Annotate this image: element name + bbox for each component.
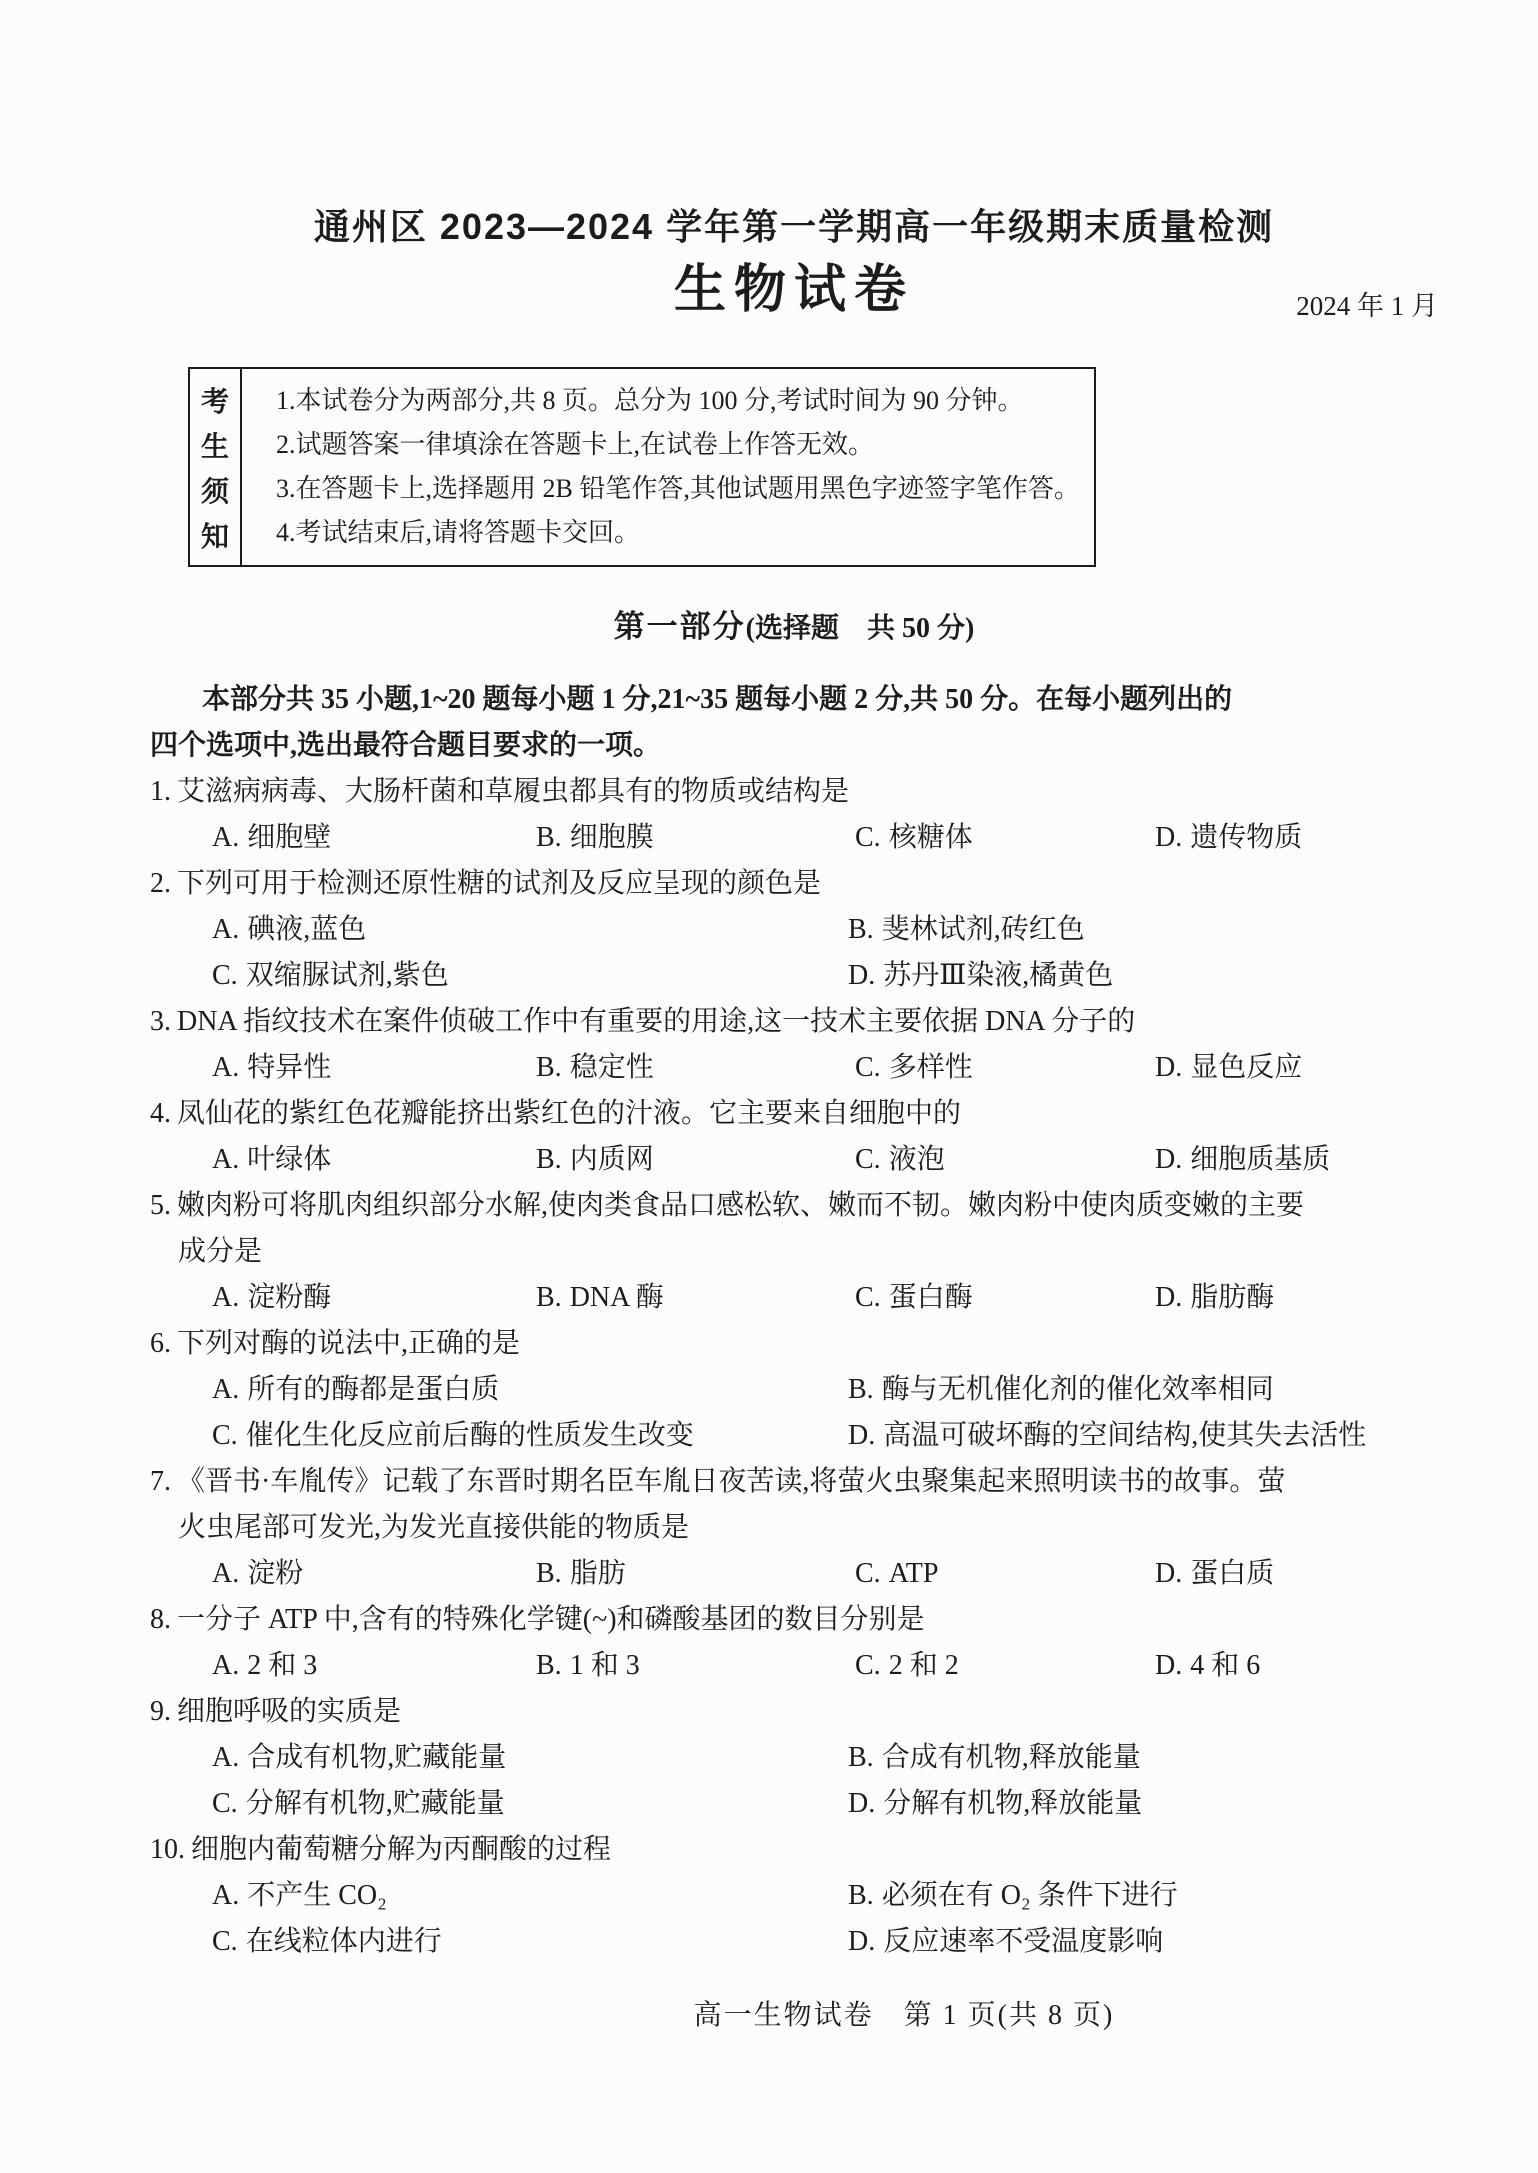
option-row: C.在线粒体内进行D.反应速率不受温度影响 bbox=[212, 1919, 1438, 1965]
option: A.不产生 CO₂ bbox=[212, 1873, 848, 1919]
page-content: 通州区 2023—2024 学年第一学期高一年级期末质量检测 生物试卷 2024… bbox=[150, 0, 1438, 2037]
option-text: 脂肪酶 bbox=[1190, 1282, 1274, 1313]
option: D.苏丹Ⅲ染液,橘黄色 bbox=[848, 953, 1438, 999]
option: A.2 和 3 bbox=[212, 1643, 536, 1689]
option-row: A.细胞壁B.细胞膜C.核糖体D.遗传物质 bbox=[212, 815, 1438, 861]
question-stem-text: DNA 指纹技术在案件侦破工作中有重要的用途,这一技术主要依据 DNA 分子的 bbox=[177, 1006, 1135, 1037]
option-row: A.淀粉酶B.DNA 酶C.蛋白酶D.脂肪酶 bbox=[212, 1275, 1438, 1321]
option-label: A. bbox=[212, 1742, 239, 1773]
option: B.脂肪 bbox=[536, 1551, 855, 1597]
option: D.细胞质基质 bbox=[1155, 1137, 1438, 1183]
option-text: 斐林试剂,砖红色 bbox=[882, 914, 1085, 945]
option-label: B. bbox=[536, 1558, 562, 1589]
option-label: B. bbox=[848, 914, 874, 945]
option-text: DNA 酶 bbox=[570, 1282, 664, 1313]
option-text: 特异性 bbox=[247, 1052, 331, 1083]
option: C.2 和 2 bbox=[855, 1643, 1155, 1689]
option-text: 显色反应 bbox=[1190, 1052, 1302, 1083]
option-label: C. bbox=[855, 1650, 881, 1681]
question-stem-text: 《晋书·车胤传》记载了东晋时期名臣车胤日夜苦读,将萤火虫聚集起来照明读书的故事。… bbox=[177, 1466, 1285, 1497]
question-stem-line: 4.凤仙花的紫红色花瓣能挤出紫红色的汁液。它主要来自细胞中的 bbox=[150, 1091, 1438, 1137]
paper-title: 生物试卷 bbox=[150, 253, 1438, 327]
notice-side-char: 生 bbox=[201, 425, 229, 465]
option-row: A.合成有机物,贮藏能量B.合成有机物,释放能量 bbox=[212, 1735, 1438, 1781]
option-text: 蛋白酶 bbox=[889, 1282, 973, 1313]
question-number: 9. bbox=[150, 1696, 171, 1727]
question-stem-text: 火虫尾部可发光,为发光直接供能的物质是 bbox=[178, 1512, 689, 1543]
intro-paragraph: 本部分共 35 小题,1~20 题每小题 1 分,21~35 题每小题 2 分,… bbox=[150, 677, 1438, 769]
option: C.核糖体 bbox=[855, 815, 1155, 861]
option: A.细胞壁 bbox=[212, 815, 536, 861]
option-text: 催化生化反应前后酶的性质发生改变 bbox=[246, 1420, 694, 1451]
option: B.细胞膜 bbox=[536, 815, 855, 861]
option-label: C. bbox=[212, 1788, 238, 1819]
option: B.酶与无机催化剂的催化效率相同 bbox=[848, 1367, 1438, 1413]
option-label: D. bbox=[1155, 1282, 1182, 1313]
option-text: 淀粉酶 bbox=[247, 1282, 331, 1313]
question-stem-text: 细胞呼吸的实质是 bbox=[177, 1696, 401, 1727]
option: A.所有的酶都是蛋白质 bbox=[212, 1367, 848, 1413]
option-text: 不产生 CO₂ bbox=[247, 1880, 387, 1911]
notice-side-char: 知 bbox=[201, 515, 229, 555]
option: C.蛋白酶 bbox=[855, 1275, 1155, 1321]
notice-item: 1.本试卷分为两部分,共 8 页。总分为 100 分,考试时间为 90 分钟。 bbox=[276, 379, 1088, 423]
option-text: 碘液,蓝色 bbox=[247, 914, 366, 945]
section-part-title: 第一部分 bbox=[614, 609, 746, 644]
option-label: D. bbox=[1155, 1144, 1182, 1175]
notice-items: 1.本试卷分为两部分,共 8 页。总分为 100 分,考试时间为 90 分钟。2… bbox=[242, 369, 1094, 565]
option: D.高温可破坏酶的空间结构,使其失去活性 bbox=[848, 1413, 1438, 1459]
option-label: D. bbox=[1155, 1558, 1182, 1589]
option-label: A. bbox=[212, 822, 239, 853]
question: 3.DNA 指纹技术在案件侦破工作中有重要的用途,这一技术主要依据 DNA 分子… bbox=[150, 999, 1438, 1091]
option: A.叶绿体 bbox=[212, 1137, 536, 1183]
option-row: C.双缩脲试剂,紫色D.苏丹Ⅲ染液,橘黄色 bbox=[212, 953, 1438, 999]
option: D.4 和 6 bbox=[1155, 1643, 1438, 1689]
option: B.稳定性 bbox=[536, 1045, 855, 1091]
option-row: A.所有的酶都是蛋白质B.酶与无机催化剂的催化效率相同 bbox=[212, 1367, 1438, 1413]
option-text: 蛋白质 bbox=[1190, 1558, 1274, 1589]
question-stem-line: 3.DNA 指纹技术在案件侦破工作中有重要的用途,这一技术主要依据 DNA 分子… bbox=[150, 999, 1438, 1045]
question: 4.凤仙花的紫红色花瓣能挤出紫红色的汁液。它主要来自细胞中的A.叶绿体B.内质网… bbox=[150, 1091, 1438, 1183]
option-label: D. bbox=[1155, 1650, 1182, 1681]
notice-side-char: 考 bbox=[201, 380, 229, 420]
option: C.双缩脲试剂,紫色 bbox=[212, 953, 848, 999]
notice-item: 2.试题答案一律填涂在答题卡上,在试卷上作答无效。 bbox=[276, 423, 1088, 467]
question: 10.细胞内葡萄糖分解为丙酮酸的过程A.不产生 CO₂B.必须在有 O₂ 条件下… bbox=[150, 1827, 1438, 1965]
question-number: 3. bbox=[150, 1006, 171, 1037]
option: D.反应速率不受温度影响 bbox=[848, 1919, 1438, 1965]
option-label: A. bbox=[212, 1880, 239, 1911]
option: C.在线粒体内进行 bbox=[212, 1919, 848, 1965]
exam-title: 通州区 2023—2024 学年第一学期高一年级期末质量检测 bbox=[150, 205, 1438, 249]
option: B.DNA 酶 bbox=[536, 1275, 855, 1321]
question-stem-text: 成分是 bbox=[178, 1236, 262, 1267]
question-stem-line: 火虫尾部可发光,为发光直接供能的物质是 bbox=[150, 1505, 1438, 1551]
option-label: D. bbox=[1155, 822, 1182, 853]
option-label: D. bbox=[1155, 1052, 1182, 1083]
question-number: 5. bbox=[150, 1190, 171, 1221]
option-label: A. bbox=[212, 1374, 239, 1405]
option: D.分解有机物,释放能量 bbox=[848, 1781, 1438, 1827]
option-label: A. bbox=[212, 1282, 239, 1313]
option-label: B. bbox=[536, 1052, 562, 1083]
option-text: 叶绿体 bbox=[247, 1144, 331, 1175]
option-label: B. bbox=[536, 1144, 562, 1175]
option-label: C. bbox=[855, 1144, 881, 1175]
option-text: 淀粉 bbox=[247, 1558, 303, 1589]
option-label: C. bbox=[212, 1926, 238, 1957]
option-label: C. bbox=[855, 822, 881, 853]
option: D.遗传物质 bbox=[1155, 815, 1438, 861]
exam-date: 2024 年 1 月 bbox=[1296, 284, 1438, 323]
question-number: 10. bbox=[150, 1834, 185, 1865]
question: 5.嫩肉粉可将肌肉组织部分水解,使肉类食品口感松软、嫩而不韧。嫩肉粉中使肉质变嫩… bbox=[150, 1183, 1438, 1321]
option-text: 酶与无机催化剂的催化效率相同 bbox=[882, 1374, 1274, 1405]
option: D.显色反应 bbox=[1155, 1045, 1438, 1091]
option-text: 合成有机物,贮藏能量 bbox=[247, 1742, 506, 1773]
option-row: C.分解有机物,贮藏能量D.分解有机物,释放能量 bbox=[212, 1781, 1438, 1827]
option: A.淀粉 bbox=[212, 1551, 536, 1597]
option-label: A. bbox=[212, 914, 239, 945]
question-number: 2. bbox=[150, 868, 171, 899]
option-label: A. bbox=[212, 1052, 239, 1083]
question-stem-line: 成分是 bbox=[150, 1229, 1438, 1275]
question-stem-line: 10.细胞内葡萄糖分解为丙酮酸的过程 bbox=[150, 1827, 1438, 1873]
option: A.碘液,蓝色 bbox=[212, 907, 848, 953]
option-text: 遗传物质 bbox=[1190, 822, 1302, 853]
option-text: 脂肪 bbox=[570, 1558, 626, 1589]
option-row: A.2 和 3B.1 和 3C.2 和 2D.4 和 6 bbox=[212, 1643, 1438, 1689]
option-label: C. bbox=[212, 960, 238, 991]
option-text: 细胞质基质 bbox=[1190, 1144, 1330, 1175]
option-label: B. bbox=[536, 1650, 562, 1681]
question-stem-line: 5.嫩肉粉可将肌肉组织部分水解,使肉类食品口感松软、嫩而不韧。嫩肉粉中使肉质变嫩… bbox=[150, 1183, 1438, 1229]
question-number: 4. bbox=[150, 1098, 171, 1129]
question: 2.下列可用于检测还原性糖的试剂及反应呈现的颜色是A.碘液,蓝色B.斐林试剂,砖… bbox=[150, 861, 1438, 999]
option-text: 稳定性 bbox=[570, 1052, 654, 1083]
option-text: 细胞壁 bbox=[247, 822, 331, 853]
option: C.催化生化反应前后酶的性质发生改变 bbox=[212, 1413, 848, 1459]
option-label: C. bbox=[855, 1052, 881, 1083]
option-row: A.叶绿体B.内质网C.液泡D.细胞质基质 bbox=[212, 1137, 1438, 1183]
option-row: A.碘液,蓝色B.斐林试剂,砖红色 bbox=[212, 907, 1438, 953]
option: D.脂肪酶 bbox=[1155, 1275, 1438, 1321]
intro-line: 四个选项中,选出最符合题目要求的一项。 bbox=[150, 723, 1438, 769]
option-row: C.催化生化反应前后酶的性质发生改变D.高温可破坏酶的空间结构,使其失去活性 bbox=[212, 1413, 1438, 1459]
question: 6.下列对酶的说法中,正确的是A.所有的酶都是蛋白质B.酶与无机催化剂的催化效率… bbox=[150, 1321, 1438, 1459]
notice-side-label: 考生须知 bbox=[190, 369, 242, 565]
option-text: 苏丹Ⅲ染液,橘黄色 bbox=[883, 960, 1113, 991]
option: B.合成有机物,释放能量 bbox=[848, 1735, 1438, 1781]
option-text: ATP bbox=[889, 1558, 939, 1589]
question: 8.一分子 ATP 中,含有的特殊化学键(~)和磷酸基团的数目分别是A.2 和 … bbox=[150, 1597, 1438, 1689]
question-stem-line: 2.下列可用于检测还原性糖的试剂及反应呈现的颜色是 bbox=[150, 861, 1438, 907]
notice-side-char: 须 bbox=[201, 470, 229, 510]
option: B.1 和 3 bbox=[536, 1643, 855, 1689]
question-stem-line: 7.《晋书·车胤传》记载了东晋时期名臣车胤日夜苦读,将萤火虫聚集起来照明读书的故… bbox=[150, 1459, 1438, 1505]
question-stem-line: 9.细胞呼吸的实质是 bbox=[150, 1689, 1438, 1735]
option: C.ATP bbox=[855, 1551, 1155, 1597]
option-text: 必须在有 O₂ 条件下进行 bbox=[882, 1880, 1178, 1911]
question-stem-text: 下列对酶的说法中,正确的是 bbox=[177, 1328, 520, 1359]
option-label: C. bbox=[855, 1282, 881, 1313]
notice-item: 3.在答题卡上,选择题用 2B 铅笔作答,其他试题用黑色字迹签字笔作答。 bbox=[276, 467, 1088, 511]
question-stem-line: 6.下列对酶的说法中,正确的是 bbox=[150, 1321, 1438, 1367]
option-label: C. bbox=[212, 1420, 238, 1451]
question-stem-text: 一分子 ATP 中,含有的特殊化学键(~)和磷酸基团的数目分别是 bbox=[177, 1604, 925, 1635]
option-label: A. bbox=[212, 1558, 239, 1589]
question-stem-text: 艾滋病病毒、大肠杆菌和草履虫都具有的物质或结构是 bbox=[177, 776, 849, 807]
section-part-subtitle: (选择题 共 50 分) bbox=[746, 613, 975, 644]
paper-title-row: 生物试卷 2024 年 1 月 bbox=[150, 253, 1438, 327]
option-text: 2 和 2 bbox=[889, 1650, 959, 1681]
question-stem-text: 凤仙花的紫红色花瓣能挤出紫红色的汁液。它主要来自细胞中的 bbox=[177, 1098, 961, 1129]
option-text: 分解有机物,贮藏能量 bbox=[246, 1788, 505, 1819]
option-label: C. bbox=[855, 1558, 881, 1589]
question-stem-line: 8.一分子 ATP 中,含有的特殊化学键(~)和磷酸基团的数目分别是 bbox=[150, 1597, 1438, 1643]
question: 9.细胞呼吸的实质是A.合成有机物,贮藏能量B.合成有机物,释放能量C.分解有机… bbox=[150, 1689, 1438, 1827]
option-text: 4 和 6 bbox=[1190, 1650, 1260, 1681]
option-label: B. bbox=[848, 1880, 874, 1911]
intro-line: 本部分共 35 小题,1~20 题每小题 1 分,21~35 题每小题 2 分,… bbox=[150, 677, 1438, 723]
option: C.分解有机物,贮藏能量 bbox=[212, 1781, 848, 1827]
option-text: 高温可破坏酶的空间结构,使其失去活性 bbox=[883, 1420, 1366, 1451]
option: B.必须在有 O₂ 条件下进行 bbox=[848, 1873, 1438, 1919]
option: C.多样性 bbox=[855, 1045, 1155, 1091]
option-text: 所有的酶都是蛋白质 bbox=[247, 1374, 499, 1405]
option-label: D. bbox=[848, 960, 875, 991]
notice-item: 4.考试结束后,请将答题卡交回。 bbox=[276, 511, 1088, 555]
option: D.蛋白质 bbox=[1155, 1551, 1438, 1597]
option-text: 反应速率不受温度影响 bbox=[883, 1926, 1163, 1957]
option-text: 2 和 3 bbox=[247, 1650, 317, 1681]
option: C.液泡 bbox=[855, 1137, 1155, 1183]
option-row: A.特异性B.稳定性C.多样性D.显色反应 bbox=[212, 1045, 1438, 1091]
option-text: 液泡 bbox=[889, 1144, 945, 1175]
question-stem-text: 下列可用于检测还原性糖的试剂及反应呈现的颜色是 bbox=[177, 868, 821, 899]
option: B.内质网 bbox=[536, 1137, 855, 1183]
option-text: 在线粒体内进行 bbox=[246, 1926, 442, 1957]
option-label: B. bbox=[536, 822, 562, 853]
option-text: 合成有机物,释放能量 bbox=[882, 1742, 1141, 1773]
option-label: B. bbox=[848, 1742, 874, 1773]
option-text: 核糖体 bbox=[889, 822, 973, 853]
option: A.合成有机物,贮藏能量 bbox=[212, 1735, 848, 1781]
question: 1.艾滋病病毒、大肠杆菌和草履虫都具有的物质或结构是A.细胞壁B.细胞膜C.核糖… bbox=[150, 769, 1438, 861]
option-text: 分解有机物,释放能量 bbox=[883, 1788, 1142, 1819]
question-stem-text: 嫩肉粉可将肌肉组织部分水解,使肉类食品口感松软、嫩而不韧。嫩肉粉中使肉质变嫩的主… bbox=[177, 1190, 1304, 1221]
option: A.淀粉酶 bbox=[212, 1275, 536, 1321]
option-label: A. bbox=[212, 1144, 239, 1175]
option-text: 内质网 bbox=[570, 1144, 654, 1175]
option-text: 1 和 3 bbox=[570, 1650, 640, 1681]
option-label: D. bbox=[848, 1926, 875, 1957]
question-number: 1. bbox=[150, 776, 171, 807]
exam-paper-page: 通州区 2023—2024 学年第一学期高一年级期末质量检测 生物试卷 2024… bbox=[0, 0, 1538, 2173]
page-footer: 高一生物试卷 第 1 页(共 8 页) bbox=[260, 1995, 1538, 2037]
option: A.特异性 bbox=[212, 1045, 536, 1091]
option-label: A. bbox=[212, 1650, 239, 1681]
option-label: D. bbox=[848, 1788, 875, 1819]
option-row: A.不产生 CO₂B.必须在有 O₂ 条件下进行 bbox=[212, 1873, 1438, 1919]
question-number: 7. bbox=[150, 1466, 171, 1497]
question: 7.《晋书·车胤传》记载了东晋时期名臣车胤日夜苦读,将萤火虫聚集起来照明读书的故… bbox=[150, 1459, 1438, 1597]
option-text: 细胞膜 bbox=[570, 822, 654, 853]
section-heading: 第一部分(选择题 共 50 分) bbox=[150, 605, 1438, 655]
option-label: B. bbox=[848, 1374, 874, 1405]
question-number: 8. bbox=[150, 1604, 171, 1635]
notice-box: 考生须知 1.本试卷分为两部分,共 8 页。总分为 100 分,考试时间为 90… bbox=[188, 367, 1096, 567]
option: B.斐林试剂,砖红色 bbox=[848, 907, 1438, 953]
question-number: 6. bbox=[150, 1328, 171, 1359]
question-stem-line: 1.艾滋病病毒、大肠杆菌和草履虫都具有的物质或结构是 bbox=[150, 769, 1438, 815]
questions: 1.艾滋病病毒、大肠杆菌和草履虫都具有的物质或结构是A.细胞壁B.细胞膜C.核糖… bbox=[150, 769, 1438, 1965]
option-text: 多样性 bbox=[889, 1052, 973, 1083]
option-label: B. bbox=[536, 1282, 562, 1313]
option-text: 双缩脲试剂,紫色 bbox=[246, 960, 449, 991]
question-stem-text: 细胞内葡萄糖分解为丙酮酸的过程 bbox=[191, 1834, 611, 1865]
option-row: A.淀粉B.脂肪C.ATPD.蛋白质 bbox=[212, 1551, 1438, 1597]
option-label: D. bbox=[848, 1420, 875, 1451]
